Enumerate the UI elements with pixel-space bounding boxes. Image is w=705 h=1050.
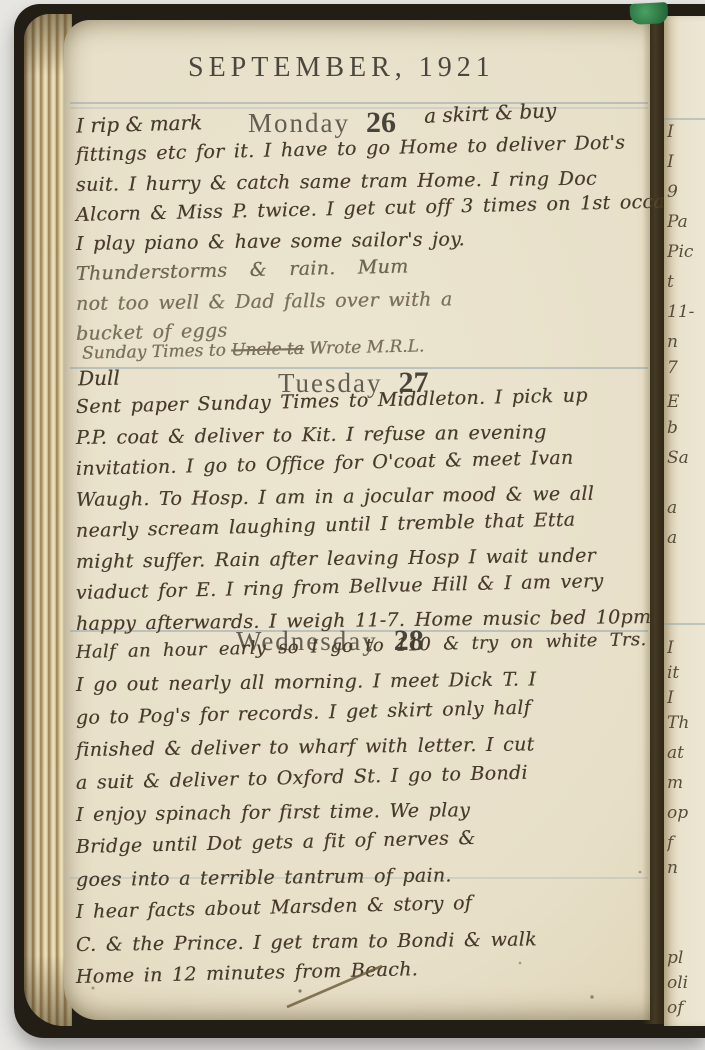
day-name: Monday	[248, 108, 350, 139]
entry-wednesday-lines: Half an hour early so I go to 110 & try …	[76, 642, 651, 998]
tuesday-weather-note: Dull	[78, 366, 120, 391]
right-page-fragment: I	[667, 122, 705, 142]
right-page-fragment: pl	[667, 948, 705, 968]
right-page-fragment: 7	[667, 358, 705, 378]
right-page-fragment: oli	[667, 973, 705, 993]
right-page-fragment: 9	[667, 182, 705, 202]
right-page-fragment: n	[667, 332, 705, 352]
right-page-fragment: b	[667, 418, 705, 438]
right-page-fragment: I	[667, 152, 705, 172]
bookmark-cloth	[629, 2, 668, 25]
right-page-fragment: t	[667, 272, 705, 292]
day-header-monday: Monday 26	[248, 106, 396, 140]
right-page-fragment: m	[667, 773, 705, 793]
monday-last-line-post: Wrote M.R.L.	[304, 336, 425, 359]
diary-page-scan: SEPTEMBER, 1921 Monday 26 Tuesday 27 Wed…	[0, 0, 705, 1050]
right-page-fragment: a	[667, 528, 705, 548]
right-page-fragment: a	[667, 498, 705, 518]
right-page-fragment: at	[667, 743, 705, 763]
ruled-line	[70, 102, 648, 104]
right-page-fragment: E	[667, 392, 705, 412]
page-gutter-shadow	[642, 16, 666, 1024]
right-page-fragment: 11-	[667, 302, 705, 322]
right-page-fragment: f	[667, 833, 705, 853]
monday-last-line-struck: Uncle ta	[231, 339, 304, 361]
entry-tuesday-lines: Sent paper Sunday Times to Middleton. I …	[76, 396, 651, 644]
ruled-line-right	[664, 118, 705, 120]
right-page-fragment: it	[667, 663, 705, 683]
monday-note-left: I rip & mark	[76, 110, 203, 137]
right-page-fragment: Pic	[667, 242, 705, 262]
right-page-fragment: Sa	[667, 448, 705, 468]
month-header: SEPTEMBER, 1921	[188, 52, 495, 84]
right-page-fragment: of	[667, 998, 705, 1018]
right-page-fragment: I	[667, 688, 705, 708]
right-page-fragment: Pa	[667, 212, 705, 232]
day-number: 26	[366, 106, 396, 140]
right-page-fragment: Th	[667, 713, 705, 733]
monday-last-line-pre: Sunday Times to	[82, 340, 232, 363]
entry-monday-lines: fittings etc for it. I have to go Home t…	[76, 144, 651, 353]
ruled-line-right	[664, 623, 705, 625]
right-page-fragment: I	[667, 638, 705, 658]
right-page-fragment: n	[667, 858, 705, 878]
right-page-fragment: op	[667, 803, 705, 823]
